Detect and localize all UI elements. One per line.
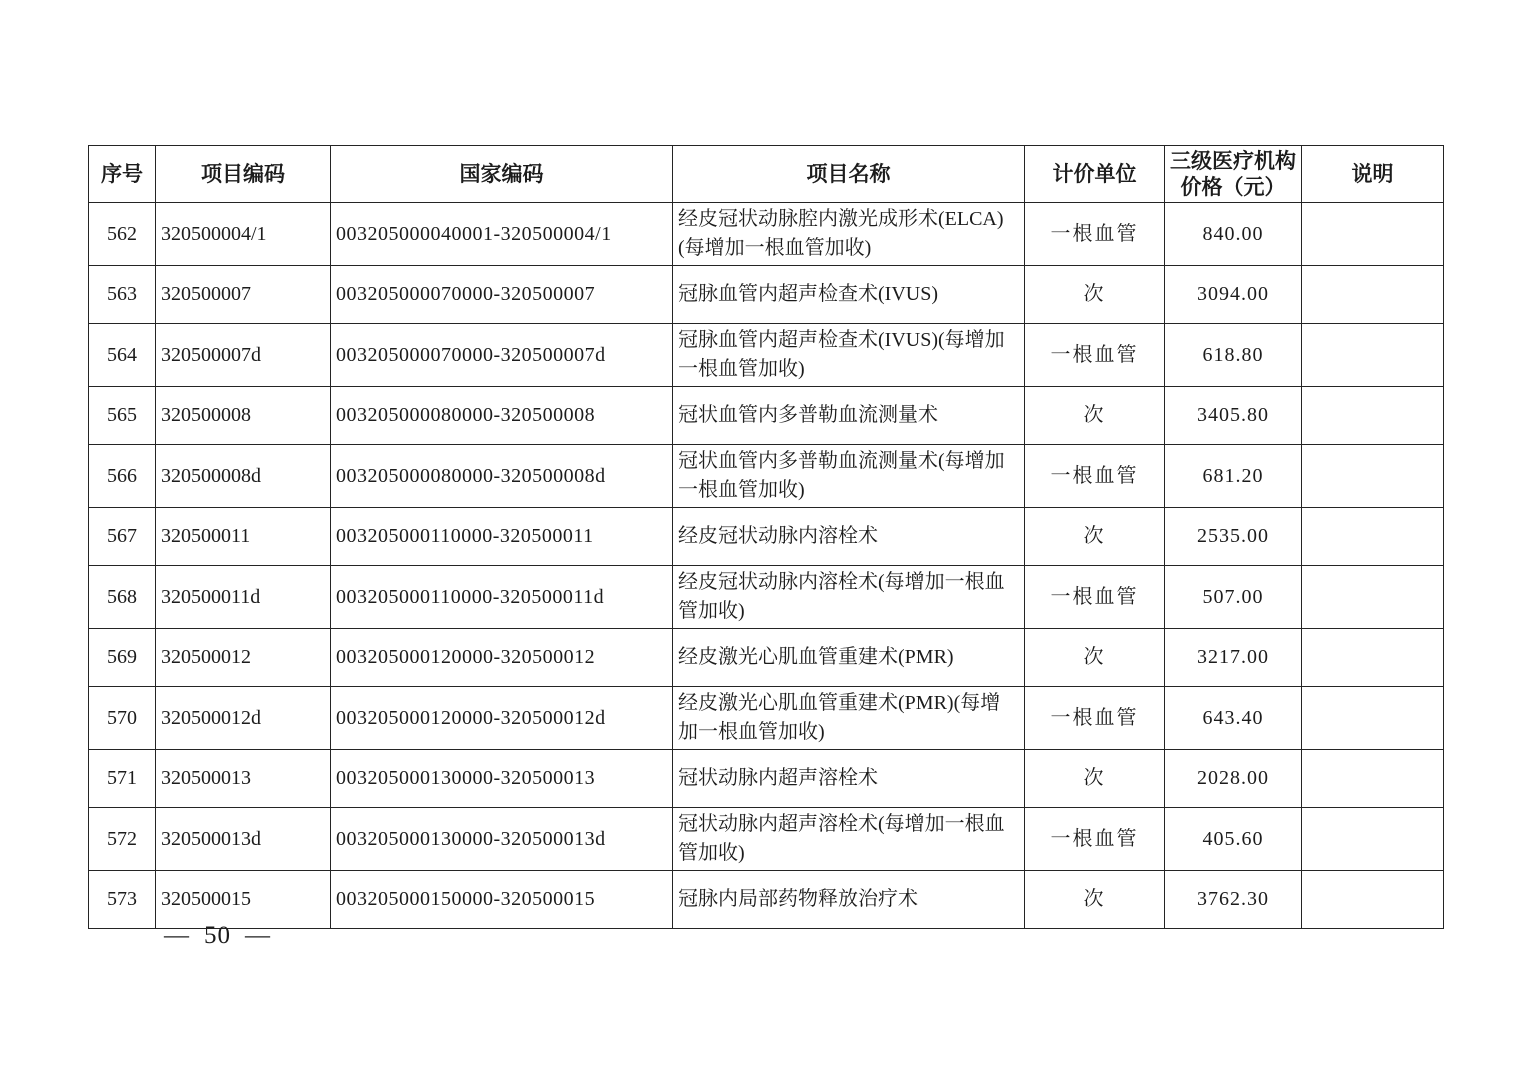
cell-item-name: 经皮冠状动脉内溶栓术 [673,508,1025,566]
cell-price: 681.20 [1165,445,1302,508]
cell-price: 405.60 [1165,808,1302,871]
table-row: 572 320500013d 003205000130000-320500013… [89,808,1444,871]
cell-unit: 一根血管 [1025,566,1165,629]
cell-price: 3217.00 [1165,629,1302,687]
cell-item-code: 320500008 [156,387,331,445]
cell-unit: 次 [1025,508,1165,566]
cell-seq: 566 [89,445,156,508]
cell-seq: 571 [89,750,156,808]
cell-note [1302,629,1444,687]
cell-note [1302,445,1444,508]
col-header-unit: 计价单位 [1025,146,1165,203]
cell-national-code: 003205000150000-320500015 [331,871,673,929]
cell-seq: 563 [89,266,156,324]
cell-unit: 一根血管 [1025,687,1165,750]
cell-item-code: 320500004/1 [156,203,331,266]
cell-price: 618.80 [1165,324,1302,387]
cell-price: 2535.00 [1165,508,1302,566]
cell-seq: 569 [89,629,156,687]
cell-unit: 次 [1025,871,1165,929]
cell-price: 840.00 [1165,203,1302,266]
cell-item-name: 冠状动脉内超声溶栓术 [673,750,1025,808]
cell-unit: 一根血管 [1025,808,1165,871]
col-header-price-line2: 价格（元） [1169,174,1297,200]
page-number-dash-left: — [164,922,190,949]
table-row: 567 320500011 003205000110000-320500011 … [89,508,1444,566]
cell-unit: 一根血管 [1025,203,1165,266]
table-row: 565 320500008 003205000080000-320500008 … [89,387,1444,445]
table-row: 570 320500012d 003205000120000-320500012… [89,687,1444,750]
cell-national-code: 003205000130000-320500013 [331,750,673,808]
cell-price: 3762.30 [1165,871,1302,929]
cell-national-code: 003205000110000-320500011d [331,566,673,629]
cell-item-code: 320500012 [156,629,331,687]
cell-note [1302,387,1444,445]
col-header-national-code: 国家编码 [331,146,673,203]
cell-item-code: 320500013d [156,808,331,871]
cell-item-code: 320500007 [156,266,331,324]
cell-item-code: 320500013 [156,750,331,808]
cell-national-code: 003205000040001-320500004/1 [331,203,673,266]
cell-price: 643.40 [1165,687,1302,750]
cell-national-code: 003205000070000-320500007d [331,324,673,387]
cell-price: 3405.80 [1165,387,1302,445]
cell-unit: 一根血管 [1025,445,1165,508]
col-header-seq: 序号 [89,146,156,203]
table-header-row: 序号 项目编码 国家编码 项目名称 计价单位 三级医疗机构 价格（元） 说明 [89,146,1444,203]
col-header-price: 三级医疗机构 价格（元） [1165,146,1302,203]
cell-national-code: 003205000120000-320500012 [331,629,673,687]
cell-item-code: 320500011 [156,508,331,566]
cell-note [1302,508,1444,566]
cell-unit: 次 [1025,266,1165,324]
cell-note [1302,687,1444,750]
cell-item-name: 经皮激光心肌血管重建术(PMR)(每增加一根血管加收) [673,687,1025,750]
cell-unit: 一根血管 [1025,324,1165,387]
cell-unit: 次 [1025,750,1165,808]
cell-seq: 573 [89,871,156,929]
cell-seq: 564 [89,324,156,387]
table-row: 571 320500013 003205000130000-320500013 … [89,750,1444,808]
cell-seq: 567 [89,508,156,566]
table-row: 573 320500015 003205000150000-320500015 … [89,871,1444,929]
table-row: 566 320500008d 003205000080000-320500008… [89,445,1444,508]
cell-note [1302,871,1444,929]
cell-seq: 565 [89,387,156,445]
cell-item-code: 320500011d [156,566,331,629]
cell-note [1302,203,1444,266]
price-table-container: 序号 项目编码 国家编码 项目名称 计价单位 三级医疗机构 价格（元） 说明 5… [88,145,1444,929]
page-number: —50— [150,922,285,950]
table-row: 569 320500012 003205000120000-320500012 … [89,629,1444,687]
col-header-price-line1: 三级医疗机构 [1169,148,1297,174]
cell-item-name: 冠脉血管内超声检查术(IVUS) [673,266,1025,324]
cell-item-code: 320500012d [156,687,331,750]
cell-note [1302,566,1444,629]
cell-item-name: 冠状血管内多普勒血流测量术 [673,387,1025,445]
cell-item-name: 经皮冠状动脉腔内激光成形术(ELCA)(每增加一根血管加收) [673,203,1025,266]
col-header-item-name: 项目名称 [673,146,1025,203]
cell-seq: 572 [89,808,156,871]
cell-price: 2028.00 [1165,750,1302,808]
cell-seq: 570 [89,687,156,750]
table-row: 568 320500011d 003205000110000-320500011… [89,566,1444,629]
cell-unit: 次 [1025,629,1165,687]
cell-seq: 568 [89,566,156,629]
col-header-item-code: 项目编码 [156,146,331,203]
cell-item-name: 经皮冠状动脉内溶栓术(每增加一根血管加收) [673,566,1025,629]
cell-note [1302,750,1444,808]
page-number-value: 50 [204,922,231,949]
col-header-note: 说明 [1302,146,1444,203]
cell-price: 3094.00 [1165,266,1302,324]
table-row: 563 320500007 003205000070000-320500007 … [89,266,1444,324]
cell-item-name: 经皮激光心肌血管重建术(PMR) [673,629,1025,687]
cell-seq: 562 [89,203,156,266]
medical-price-table: 序号 项目编码 国家编码 项目名称 计价单位 三级医疗机构 价格（元） 说明 5… [88,145,1444,929]
cell-note [1302,324,1444,387]
cell-national-code: 003205000080000-320500008 [331,387,673,445]
cell-item-code: 320500015 [156,871,331,929]
table-row: 564 320500007d 003205000070000-320500007… [89,324,1444,387]
cell-item-code: 320500008d [156,445,331,508]
cell-item-name: 冠状血管内多普勒血流测量术(每增加一根血管加收) [673,445,1025,508]
table-row: 562 320500004/1 003205000040001-32050000… [89,203,1444,266]
cell-item-code: 320500007d [156,324,331,387]
cell-item-name: 冠脉内局部药物释放治疗术 [673,871,1025,929]
cell-unit: 次 [1025,387,1165,445]
page-number-dash-right: — [245,922,271,949]
cell-note [1302,266,1444,324]
cell-item-name: 冠脉血管内超声检查术(IVUS)(每增加一根血管加收) [673,324,1025,387]
cell-national-code: 003205000130000-320500013d [331,808,673,871]
cell-price: 507.00 [1165,566,1302,629]
cell-national-code: 003205000110000-320500011 [331,508,673,566]
cell-note [1302,808,1444,871]
cell-national-code: 003205000080000-320500008d [331,445,673,508]
cell-item-name: 冠状动脉内超声溶栓术(每增加一根血管加收) [673,808,1025,871]
cell-national-code: 003205000120000-320500012d [331,687,673,750]
cell-national-code: 003205000070000-320500007 [331,266,673,324]
